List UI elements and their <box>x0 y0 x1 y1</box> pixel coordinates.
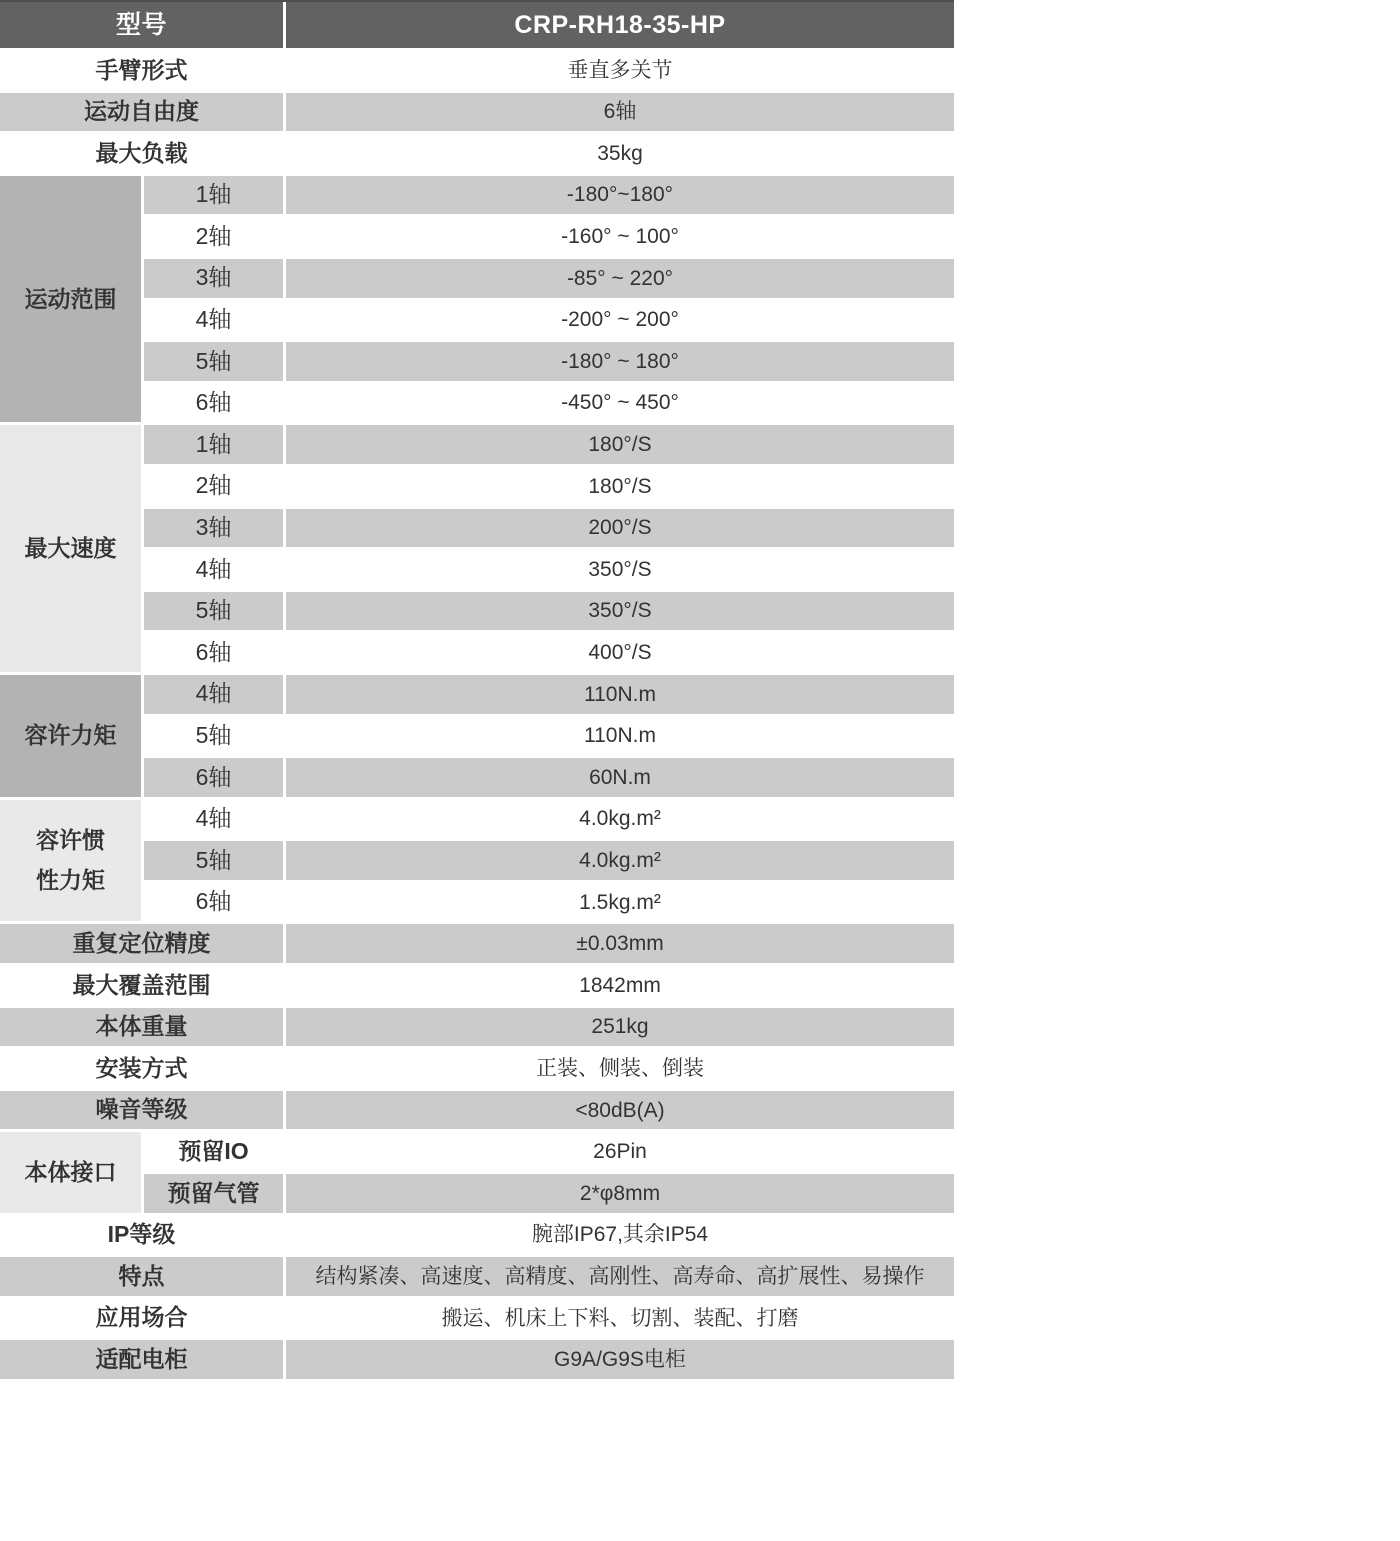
page: { "colors": { "page_bg": "#ffffff", "hea… <box>0 0 1400 1541</box>
spec-value-cell: 200°/S <box>286 509 954 548</box>
spec-label-cell: 手臂形式 <box>0 51 283 90</box>
sub-label-cell: 4轴 <box>144 550 283 589</box>
sub-label-cell: 3轴 <box>144 259 283 298</box>
sub-label-cell: 6轴 <box>144 883 283 922</box>
sub-label-cell: 2轴 <box>144 217 283 256</box>
spec-label-cell: 本体重量 <box>0 1008 283 1047</box>
spec-value-cell: 4.0kg.m² <box>286 800 954 839</box>
spec-label-cell: 特点 <box>0 1257 283 1296</box>
spec-value-cell: 180°/S <box>286 425 954 464</box>
spec-label-cell: 适配电柜 <box>0 1340 283 1379</box>
spec-value-cell: 26Pin <box>286 1132 954 1171</box>
spec-value-cell: 110N.m <box>286 675 954 714</box>
sub-label-cell: 5轴 <box>144 841 283 880</box>
spec-value-cell: 1.5kg.m² <box>286 883 954 922</box>
spec-label-cell: 噪音等级 <box>0 1091 283 1130</box>
sub-label-cell: 2轴 <box>144 467 283 506</box>
spec-value-cell: -180° ~ 180° <box>286 342 954 381</box>
group-label-cell: 本体接口 <box>0 1132 141 1212</box>
spec-value-cell: 35kg <box>286 134 954 173</box>
spec-value-cell: 400°/S <box>286 633 954 672</box>
group-label-cell: 容许力矩 <box>0 675 141 797</box>
spec-value-cell: 垂直多关节 <box>286 51 954 90</box>
spec-label-cell: 应用场合 <box>0 1299 283 1338</box>
spec-value-cell: 180°/S <box>286 467 954 506</box>
group-label-cell: 容许惯 性力矩 <box>0 800 141 922</box>
spec-value-cell: -180°~180° <box>286 176 954 215</box>
sub-label-cell: 4轴 <box>144 675 283 714</box>
spec-value-cell: 2*φ8mm <box>286 1174 954 1213</box>
spec-value-cell: 350°/S <box>286 550 954 589</box>
spec-table: 型号 CRP-RH18-35-HP 手臂形式垂直多关节运动自由度6轴最大负载35… <box>0 0 954 1379</box>
spec-value-cell: 腕部IP67,其余IP54 <box>286 1216 954 1255</box>
group-label-cell: 最大速度 <box>0 425 141 672</box>
spec-value-cell: -160° ~ 100° <box>286 217 954 256</box>
spec-value-cell: ±0.03mm <box>286 924 954 963</box>
spec-value-cell: 4.0kg.m² <box>286 841 954 880</box>
spec-value-cell: <80dB(A) <box>286 1091 954 1130</box>
sub-label-cell: 1轴 <box>144 176 283 215</box>
spec-value-cell: 正装、侧装、倒装 <box>286 1049 954 1088</box>
sub-label-cell: 5轴 <box>144 717 283 756</box>
spec-label-cell: 最大负载 <box>0 134 283 173</box>
spec-value-cell: -200° ~ 200° <box>286 301 954 340</box>
sub-label-cell: 预留IO <box>144 1132 283 1171</box>
sub-label-cell: 6轴 <box>144 758 283 797</box>
sub-label-cell: 预留气管 <box>144 1174 283 1213</box>
model-value-cell: CRP-RH18-35-HP <box>286 2 954 48</box>
sub-label-cell: 6轴 <box>144 384 283 423</box>
spec-value-cell: 结构紧凑、高速度、高精度、高刚性、高寿命、高扩展性、易操作 <box>286 1257 954 1296</box>
sub-label-cell: 3轴 <box>144 509 283 548</box>
sub-label-cell: 4轴 <box>144 800 283 839</box>
sub-label-cell: 5轴 <box>144 592 283 631</box>
spec-label-cell: 重复定位精度 <box>0 924 283 963</box>
spec-value-cell: -85° ~ 220° <box>286 259 954 298</box>
spec-value-cell: 60N.m <box>286 758 954 797</box>
spec-value-cell: 350°/S <box>286 592 954 631</box>
spec-value-cell: 6轴 <box>286 93 954 132</box>
sub-label-cell: 5轴 <box>144 342 283 381</box>
spec-label-cell: 运动自由度 <box>0 93 283 132</box>
spec-value-cell: 110N.m <box>286 717 954 756</box>
spec-label-cell: IP等级 <box>0 1216 283 1255</box>
spec-label-cell: 安装方式 <box>0 1049 283 1088</box>
group-label-cell: 运动范围 <box>0 176 141 423</box>
sub-label-cell: 1轴 <box>144 425 283 464</box>
spec-value-cell: 251kg <box>286 1008 954 1047</box>
spec-value-cell: G9A/G9S电柜 <box>286 1340 954 1379</box>
spec-value-cell: 1842mm <box>286 966 954 1005</box>
model-label-cell: 型号 <box>0 2 283 48</box>
spec-value-cell: 搬运、机床上下料、切割、装配、打磨 <box>286 1299 954 1338</box>
spec-label-cell: 最大覆盖范围 <box>0 966 283 1005</box>
sub-label-cell: 6轴 <box>144 633 283 672</box>
sub-label-cell: 4轴 <box>144 301 283 340</box>
spec-value-cell: -450° ~ 450° <box>286 384 954 423</box>
